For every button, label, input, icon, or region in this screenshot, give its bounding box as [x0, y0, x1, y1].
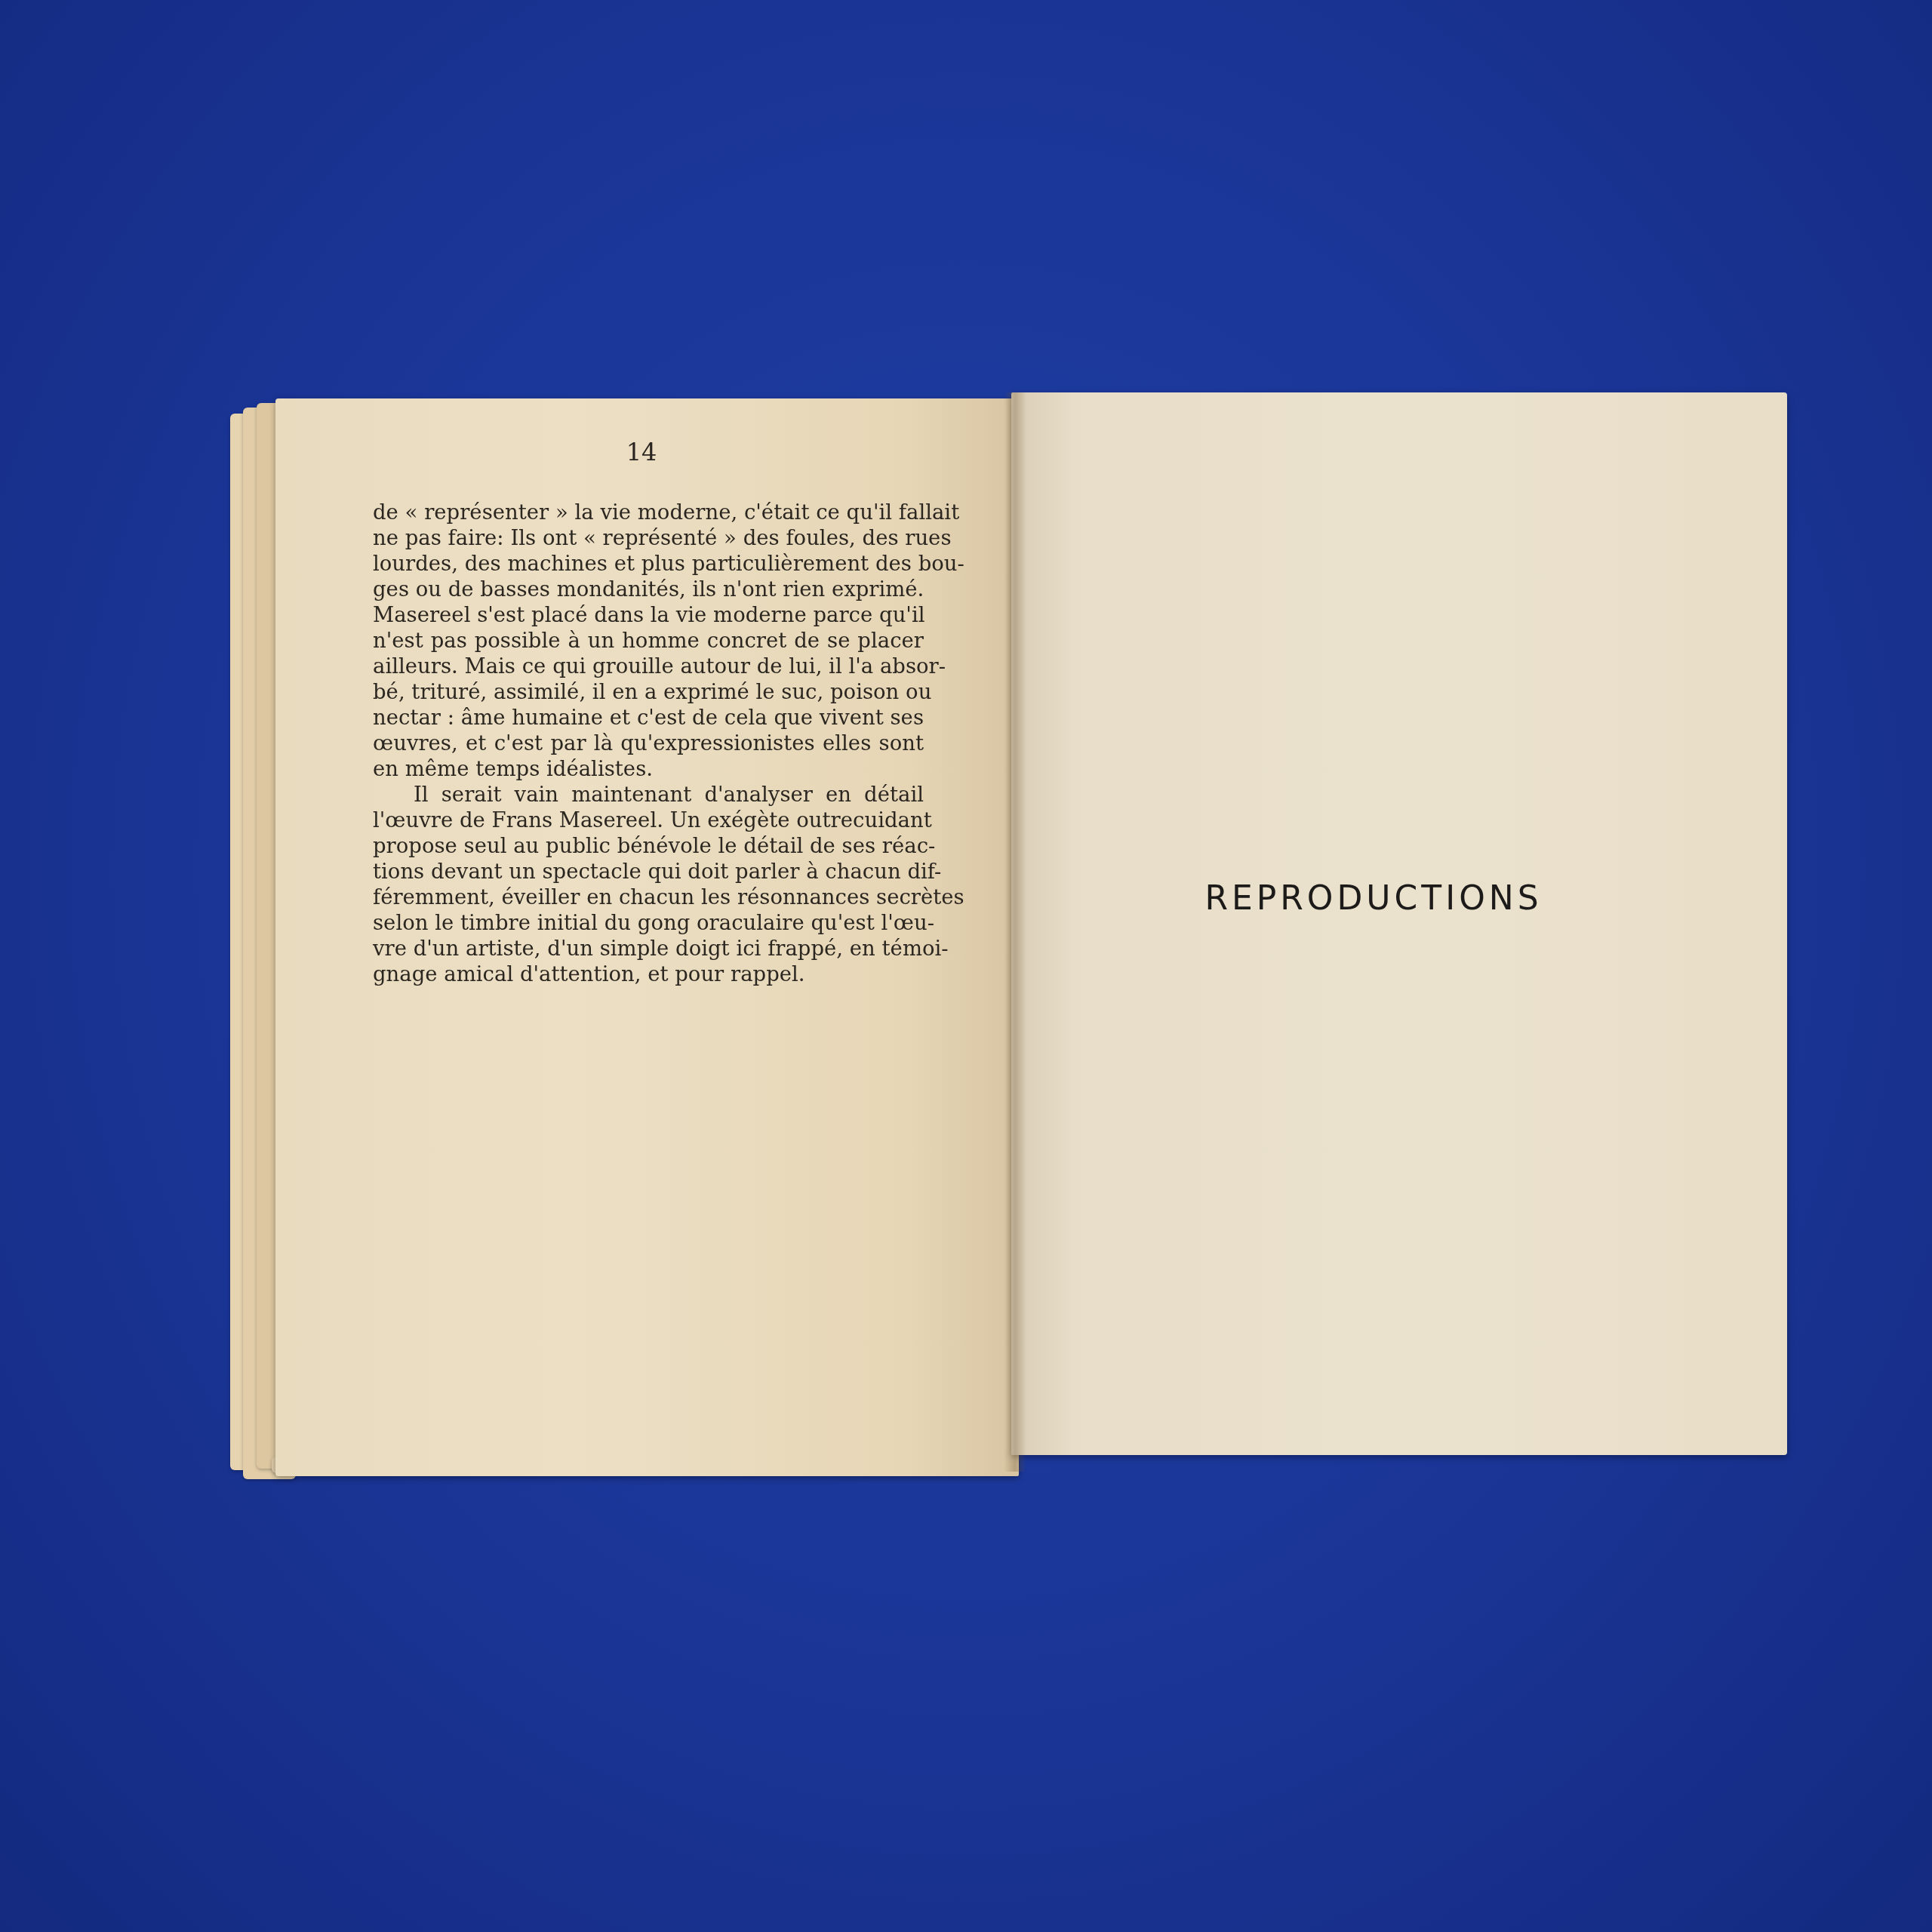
text-line: bé, trituré, assimilé, il en a exprimé l…	[373, 679, 924, 705]
text-line: œuvres, et c'est par là qu'expressionist…	[373, 731, 924, 756]
text-line: n'est pas possible à un homme concret de…	[373, 628, 924, 654]
text-line: l'œuvre de Frans Masereel. Un exégète ou…	[373, 808, 924, 833]
text-line: selon le timbre initial du gong oraculai…	[373, 910, 924, 936]
text-line: ges ou de basses mondanités, ils n'ont r…	[373, 577, 924, 602]
text-line: tions devant un spectacle qui doit parle…	[373, 859, 924, 884]
text-line: ailleurs. Mais ce qui grouille autour de…	[373, 654, 924, 679]
text-line: ne pas faire: Ils ont « représenté » des…	[373, 525, 924, 551]
text-line: nectar : âme humaine et c'est de cela qu…	[373, 705, 924, 731]
open-booklet: 14 de « représenter » la vie moderne, c'…	[0, 0, 1932, 1932]
page-number: 14	[619, 438, 664, 466]
text-line: de « représenter » la vie moderne, c'éta…	[373, 500, 924, 525]
text-line: gnage amical d'attention, et pour rappel…	[373, 961, 924, 987]
text-line: vre d'un artiste, d'un simple doigt ici …	[373, 936, 924, 961]
text-line: propose seul au public bénévole le détai…	[373, 833, 924, 859]
right-page	[1011, 392, 1787, 1455]
text-line: Il serait vain maintenant d'analyser en …	[373, 782, 924, 808]
text-line: en même temps idéalistes.	[373, 756, 924, 782]
text-line: féremment, éveiller en chacun les résonn…	[373, 884, 924, 910]
text-line: lourdes, des machines et plus particuliè…	[373, 551, 924, 577]
section-heading: REPRODUCTIONS	[1132, 879, 1615, 918]
body-text: de « représenter » la vie moderne, c'éta…	[373, 500, 924, 987]
book-gutter	[1004, 392, 1026, 1472]
text-line: Masereel s'est placé dans la vie moderne…	[373, 602, 924, 628]
